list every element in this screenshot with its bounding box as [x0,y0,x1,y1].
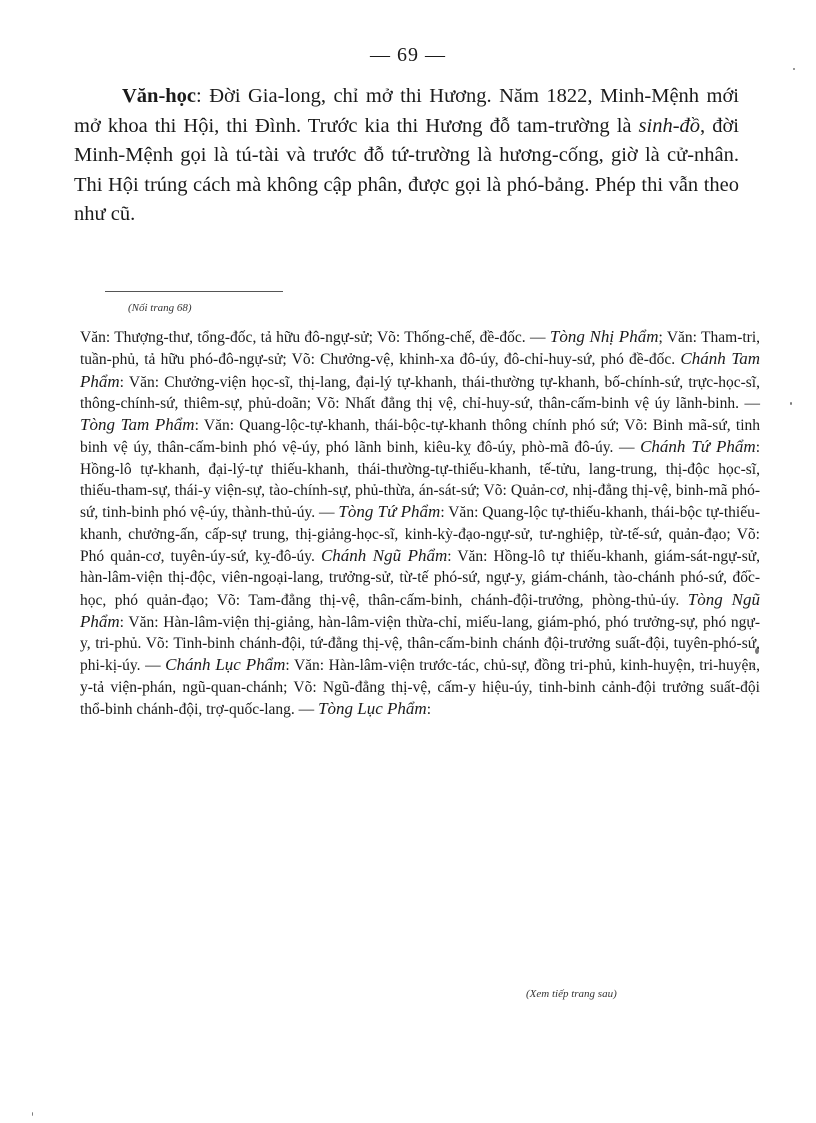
rank-title: Tòng Lục Phẩm [318,699,427,718]
italic-term: sinh-đồ [639,115,701,137]
scan-speck [748,570,751,572]
footnote-text: : Văn: Chưởng-viện học-sĩ, thị-lang, đại… [80,374,760,412]
footnote-text: : [427,701,431,718]
footnote-text: Văn: Thượng-thư, tổng-đốc, tả hữu đô-ngự… [80,329,550,346]
scan-speck [793,68,795,70]
rank-title: Tòng Tứ Phẩm [338,502,440,521]
page-number: — 69 — [0,44,816,67]
section-heading: Văn-học [122,85,196,107]
rank-title: Tòng Tam Phẩm [80,415,195,434]
footnote-body: Văn: Thượng-thư, tổng-đốc, tả hữu đô-ngự… [80,326,760,720]
main-paragraph: Văn-học: Đời Gia-long, chỉ mở thi Hương.… [74,82,739,230]
rank-title: Tòng Nhị Phẩm [550,327,659,346]
rank-title: Chánh Lục Phẩm [165,655,285,674]
continued-next-note: (Xem tiếp trang sau) [526,988,617,1000]
rank-title: Chánh Ngũ Phẩm [321,546,447,565]
scan-speck [790,402,792,405]
scan-speck [752,665,755,668]
scan-speck [32,1112,33,1116]
continued-from-note: (Nối trang 68) [128,302,192,314]
rank-title: Chánh Tứ Phẩm [640,437,756,456]
footnote-separator [105,291,283,292]
scan-speck [755,648,759,654]
